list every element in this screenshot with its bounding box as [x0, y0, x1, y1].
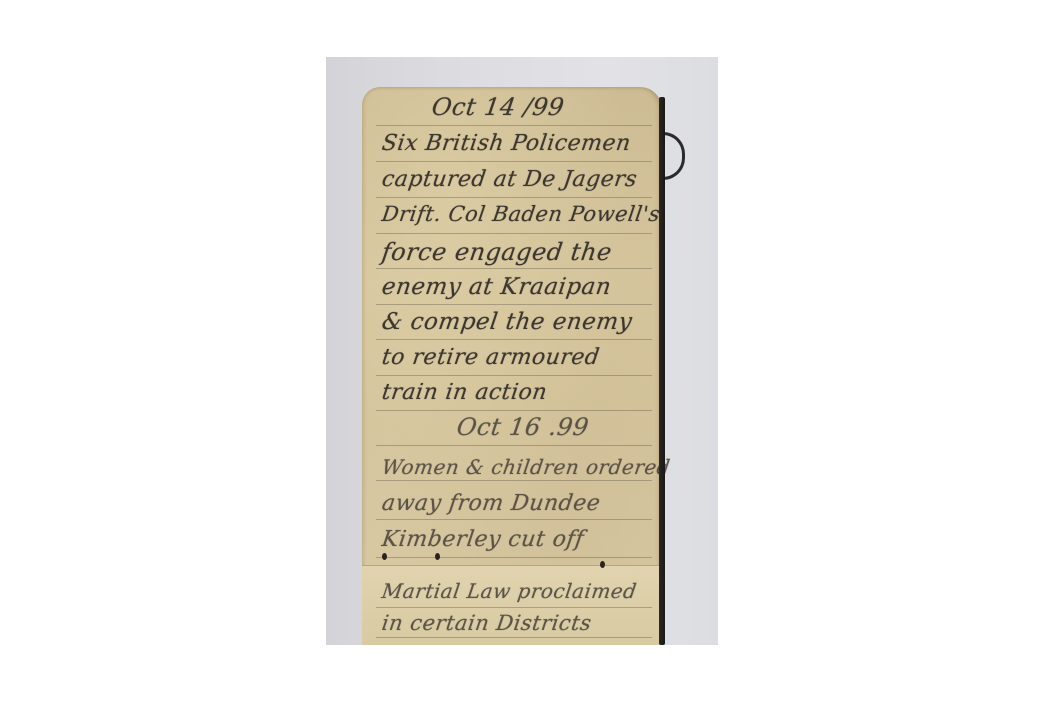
- ruled-line: [376, 637, 652, 638]
- notebook-binding: [659, 97, 665, 645]
- entry-line: away from Dundee: [380, 491, 602, 516]
- entry-line: Drift. Col Baden Powell's: [380, 202, 661, 226]
- ruled-line: [376, 410, 652, 411]
- ruled-line: [376, 339, 652, 340]
- binding-hole: [600, 561, 605, 568]
- ruled-line: [376, 607, 652, 608]
- ruled-line: [376, 197, 652, 198]
- ruled-line: [376, 375, 652, 376]
- entry-line: Women & children ordered: [380, 455, 672, 479]
- ruled-line: [376, 161, 652, 162]
- ruled-line: [376, 233, 652, 234]
- photograph: Oct 14 /99 Six British Policemen capture…: [326, 57, 718, 645]
- entry-line: & compel the enemy: [380, 309, 634, 335]
- entry-line: to retire armoured: [380, 345, 601, 370]
- entry-date: Oct 14 /99: [430, 93, 566, 121]
- binding-hole: [382, 553, 387, 560]
- ruled-line: [376, 304, 652, 305]
- entry-line: Six British Policemen: [380, 131, 632, 156]
- binding-hole: [435, 553, 440, 560]
- ruled-line: [376, 268, 652, 269]
- entry-line: force engaged the: [380, 238, 614, 266]
- ruled-line: [376, 557, 652, 558]
- entry-line: in certain Districts: [380, 611, 593, 635]
- entry-line: enemy at Kraaipan: [380, 274, 613, 300]
- entry-date: Oct 16 .99: [455, 413, 591, 441]
- ruled-line: [376, 519, 652, 520]
- ruled-line: [376, 445, 652, 446]
- ruled-line: [376, 125, 652, 126]
- ruled-line: [376, 480, 652, 481]
- entry-line: Kimberley cut off: [380, 527, 585, 552]
- entry-line: Martial Law proclaimed: [380, 579, 638, 603]
- notebook-page: Oct 14 /99 Six British Policemen capture…: [362, 87, 662, 645]
- entry-line: train in action: [380, 380, 549, 405]
- entry-line: captured at De Jagers: [380, 167, 639, 192]
